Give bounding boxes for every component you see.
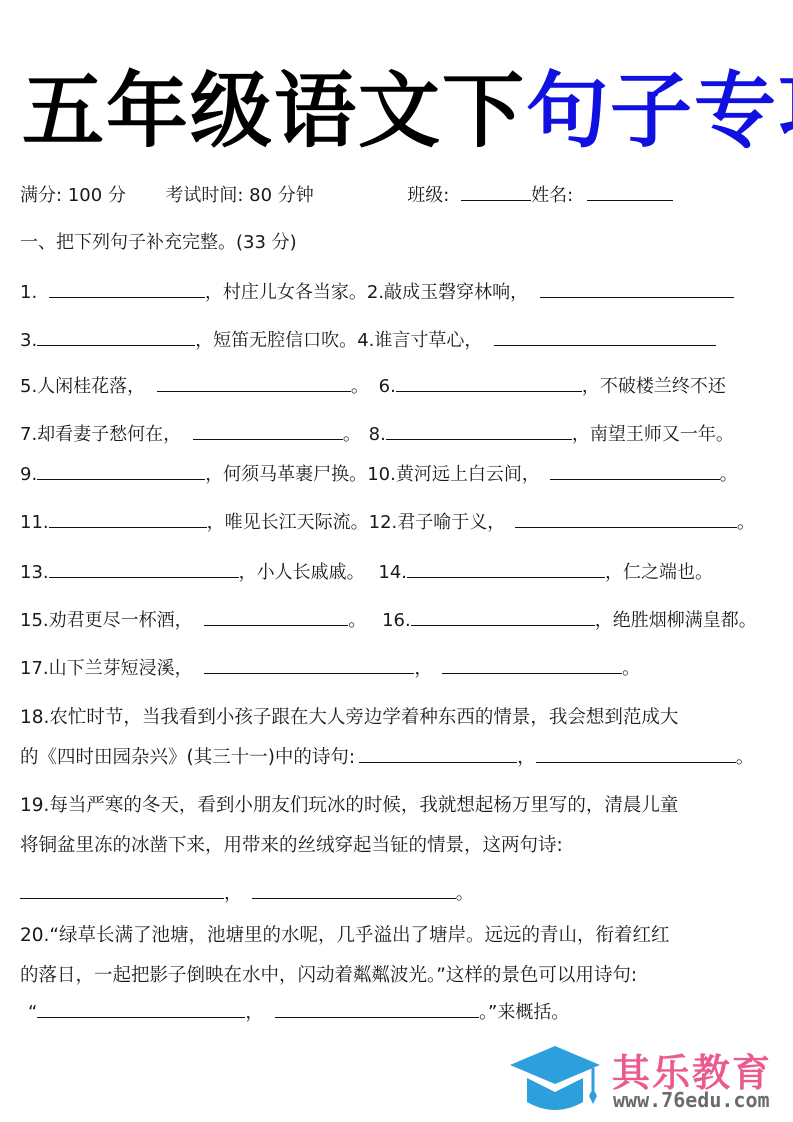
question-row: 9.，何须马革裹尸换。10.黄河远上白云间， 。 [20, 461, 783, 488]
name-field[interactable] [587, 182, 673, 201]
answer-blank[interactable] [252, 880, 456, 899]
answer-blank[interactable] [515, 509, 737, 528]
question-19-answers: ， 。 [20, 880, 783, 907]
question-19: 19.每当严寒的冬天，看到小朋友们玩冰的时候，我就想起杨万里写的，清晨儿童 将铜… [20, 786, 785, 866]
exam-info: 满分: 100 分 考试时间: 80 分钟 班级: 姓名: [20, 182, 783, 209]
answer-blank[interactable] [442, 655, 622, 674]
question-row: 7.却看妻子愁何在， 。 8.，南望王师又一年。 [20, 421, 783, 448]
full-score-label: 满分: [20, 185, 62, 206]
brand-url: www.76edu.com [613, 1088, 770, 1112]
title-main: 五年级语文下 [22, 64, 526, 159]
answer-blank[interactable] [37, 327, 195, 346]
answer-blank[interactable] [550, 461, 720, 480]
answer-blank[interactable] [396, 373, 582, 392]
name-label: 姓名: [531, 185, 573, 206]
question-row: 5.人闲桂花落， 。 6.，不破楼兰终不还 [20, 373, 783, 400]
page-title: 五年级语文下句子专项 [22, 62, 792, 162]
question-row: 3.，短笛无腔信口吹。4.谁言寸草心， [20, 327, 783, 354]
answer-blank[interactable] [386, 421, 572, 440]
brand-logo: 其乐教育 www.76edu.com [505, 1040, 790, 1115]
answer-blank[interactable] [49, 509, 207, 528]
answer-blank[interactable] [411, 607, 595, 626]
class-label: 班级: [407, 185, 449, 206]
answer-blank[interactable] [359, 744, 517, 763]
full-score-value: 100 分 [68, 185, 126, 206]
answer-blank[interactable] [204, 655, 414, 674]
answer-blank[interactable] [193, 421, 343, 440]
title-highlight: 句子专项 [526, 64, 793, 159]
question-row: 1. ，村庄儿女各当家。2.敲成玉磬穿林响， [20, 279, 783, 306]
answer-blank[interactable] [275, 999, 479, 1018]
question-row: 15.劝君更尽一杯酒， 。 16.，绝胜烟柳满皇都。 [20, 607, 783, 634]
answer-blank[interactable] [37, 461, 205, 480]
time-label: 考试时间: [165, 185, 243, 206]
answer-blank[interactable] [37, 999, 245, 1018]
question-20: 20.“绿草长满了池塘，池塘里的水呢，几乎溢出了塘岸。远远的青山，衔着红红 的落… [20, 916, 785, 996]
answer-blank[interactable] [536, 744, 736, 763]
answer-blank[interactable] [494, 327, 716, 346]
time-value: 80 分钟 [249, 185, 314, 206]
answer-blank[interactable] [49, 279, 205, 298]
question-row: 17.山下兰芽短浸溪， ， 。 [20, 655, 783, 682]
question-row: 13.，小人长戚戚。 14.，仁之端也。 [20, 559, 783, 586]
graduation-cap-icon [505, 1040, 605, 1115]
answer-blank[interactable] [540, 279, 734, 298]
class-field[interactable] [461, 182, 531, 201]
section-heading: 一、把下列句子补充完整。(33 分) [20, 230, 783, 256]
answer-blank[interactable] [20, 880, 224, 899]
answer-blank[interactable] [157, 373, 351, 392]
question-18: 18.农忙时节，当我看到小孩子跟在大人旁边学着种东西的情景，我会想到范成大 的《… [20, 698, 785, 778]
question-row: 11.，唯见长江天际流。12.君子喻于义， 。 [20, 509, 783, 536]
answer-blank[interactable] [204, 607, 348, 626]
answer-blank[interactable] [407, 559, 605, 578]
question-20-answers: “， 。”来概括。 [28, 999, 783, 1026]
answer-blank[interactable] [49, 559, 239, 578]
